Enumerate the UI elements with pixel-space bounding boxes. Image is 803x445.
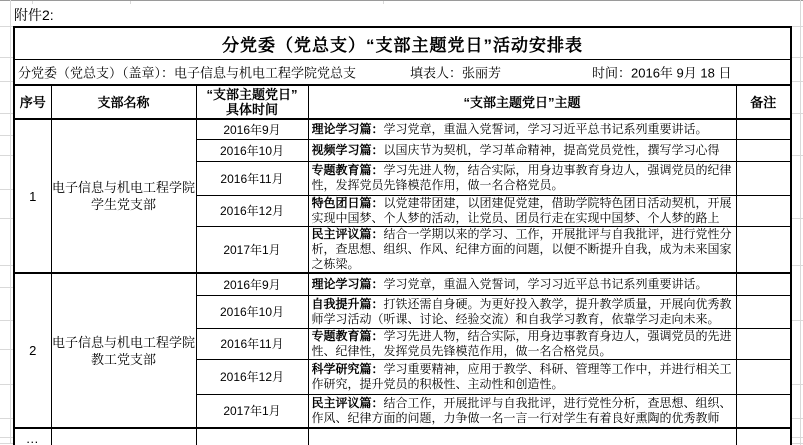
col-header-time-line2: 具体时间	[197, 102, 308, 117]
empty-theme-cell[interactable]	[308, 428, 736, 445]
page-title: 分党委（党总支）“支部主题党日”活动安排表	[14, 27, 791, 60]
month-cell[interactable]: 2016年9月	[196, 273, 308, 295]
ellipsis-row: …	[14, 428, 791, 445]
theme-cell[interactable]: 民主评议篇：结合工作，开展批评与自我批评，进行党性分析，查思想、组织、作风、纪律…	[308, 394, 736, 428]
month-cell[interactable]: 2016年11月	[196, 328, 308, 359]
branch-name-cell[interactable]: 电子信息与机电工程学院 教工党支部	[51, 273, 196, 428]
theme-text: 以国庆节为契机，学习革命精神，提高党员党性，撰写学习心得	[384, 143, 720, 157]
col-header-time[interactable]: “支部主题党日” 具体时间	[196, 85, 308, 119]
month-cell[interactable]: 2016年12月	[196, 195, 308, 226]
month-cell[interactable]: 2016年10月	[196, 139, 308, 161]
activity-schedule-table: 分党委（党总支）“支部主题党日”活动安排表 分党委（党总支）（盖章）：电子信息与…	[13, 26, 792, 445]
note-cell[interactable]	[736, 119, 791, 139]
theme-cell[interactable]: 民主评议篇：结合一学期以来的学习、工作，开展批评与自我批评，进行党性分析，查思想…	[308, 226, 736, 273]
theme-label: 民主评议篇：	[312, 227, 384, 241]
info-cell[interactable]: 分党委（党总支）（盖章）：电子信息与机电工程学院党总支 填表人：张丽芳 时间：2…	[14, 60, 791, 86]
index-cell[interactable]: 2	[14, 273, 51, 428]
col-header-index[interactable]: 序号	[14, 85, 51, 119]
note-cell[interactable]	[736, 328, 791, 359]
note-cell[interactable]	[736, 295, 791, 328]
col-header-time-line1: “支部主题党日”	[197, 87, 308, 102]
theme-label: 民主评议篇：	[312, 396, 384, 410]
col-header-branch[interactable]: 支部名称	[51, 85, 196, 119]
theme-label: 专题教育篇：	[312, 163, 384, 177]
empty-branch-cell[interactable]	[51, 428, 196, 445]
branch-name-line1: 电子信息与机电工程学院	[52, 334, 196, 351]
ellipsis-cell[interactable]: …	[14, 428, 51, 445]
col-header-note[interactable]: 备注	[736, 85, 791, 119]
theme-cell[interactable]: 自我提升篇：打铁还需自身硬。为更好投入教学，提升教学质量，开展向优秀教师学习活动…	[308, 295, 736, 328]
empty-time-cell[interactable]	[196, 428, 308, 445]
theme-cell[interactable]: 特色团日篇：以党建带团建，以团建促党建，借助学院特色团日活动契机，开展实现中国梦…	[308, 195, 736, 226]
month-cell[interactable]: 2016年12月	[196, 359, 308, 394]
month-cell[interactable]: 2016年11月	[196, 161, 308, 195]
month-cell[interactable]: 2016年9月	[196, 119, 308, 139]
theme-label: 专题教育篇：	[312, 329, 384, 343]
index-cell[interactable]: 1	[14, 119, 51, 273]
theme-cell[interactable]: 科学研究篇：学习重要精神，应用于教学、科研、管理等工作中，并进行相关工作研究，提…	[308, 359, 736, 394]
theme-cell[interactable]: 专题教育篇：学习先进人物，结合实际，用身边事教育身边人，强调党员的纪律性，发挥党…	[308, 161, 736, 195]
unit-name: 分党委（党总支）（盖章）：电子信息与机电工程学院党总支	[18, 63, 356, 82]
month-cell[interactable]: 2016年10月	[196, 295, 308, 328]
branch-name-cell[interactable]: 电子信息与机电工程学院 学生党支部	[51, 119, 196, 273]
theme-label: 自我提升篇：	[312, 297, 384, 311]
note-cell[interactable]	[736, 195, 791, 226]
month-cell[interactable]: 2017年1月	[196, 226, 308, 273]
empty-note-cell[interactable]	[736, 428, 791, 445]
branch-name-line1: 电子信息与机电工程学院	[52, 179, 196, 196]
filler-name: 填表人：张丽芳	[410, 63, 501, 82]
theme-cell[interactable]: 理论学习篇：学习党章，重温入党誓词，学习习近平总书记系列重要讲话。	[308, 119, 736, 139]
theme-cell[interactable]: 视频学习篇：以国庆节为契机，学习革命精神，提高党员党性，撰写学习心得	[308, 139, 736, 161]
theme-label: 理论学习篇：	[312, 122, 384, 136]
title-row: 分党委（党总支）“支部主题党日”活动安排表	[14, 27, 791, 60]
theme-cell[interactable]: 理论学习篇：学习党章，重温入党誓词，学习习近平总书记系列重要讲话。	[308, 273, 736, 295]
note-cell[interactable]	[736, 394, 791, 428]
branch-name-line2: 学生党支部	[52, 196, 196, 213]
fill-date: 时间：2016年 9月 18 日	[592, 63, 731, 82]
month-row: 1 电子信息与机电工程学院 学生党支部 2016年9月 理论学习篇：学习党章，重…	[14, 119, 791, 139]
attachment-label: 附件2:	[14, 5, 54, 25]
theme-label: 科学研究篇：	[312, 362, 384, 376]
col-header-theme[interactable]: “支部主题党日”主题	[308, 85, 736, 119]
month-cell[interactable]: 2017年1月	[196, 394, 308, 428]
theme-text: 学习党章，重温入党誓词，学习习近平总书记系列重要讲话。	[384, 277, 708, 291]
month-row: 2 电子信息与机电工程学院 教工党支部 2016年9月 理论学习篇：学习党章，重…	[14, 273, 791, 295]
theme-text: 学习党章，重温入党誓词，学习习近平总书记系列重要讲话。	[384, 122, 708, 136]
note-cell[interactable]	[736, 139, 791, 161]
note-cell[interactable]	[736, 226, 791, 273]
note-cell[interactable]	[736, 359, 791, 394]
theme-cell[interactable]: 专题教育篇：学习先进人物，结合实际，用身边事教育身边人，强调党员的先进性、纪律性…	[308, 328, 736, 359]
info-row: 分党委（党总支）（盖章）：电子信息与机电工程学院党总支 填表人：张丽芳 时间：2…	[14, 60, 791, 86]
theme-label: 理论学习篇：	[312, 277, 384, 291]
header-row: 序号 支部名称 “支部主题党日” 具体时间 “支部主题党日”主题 备注	[14, 85, 791, 119]
branch-name-line2: 教工党支部	[52, 351, 196, 368]
theme-label: 特色团日篇：	[312, 196, 384, 210]
note-cell[interactable]	[736, 161, 791, 195]
note-cell[interactable]	[736, 273, 791, 295]
theme-label: 视频学习篇：	[312, 143, 384, 157]
